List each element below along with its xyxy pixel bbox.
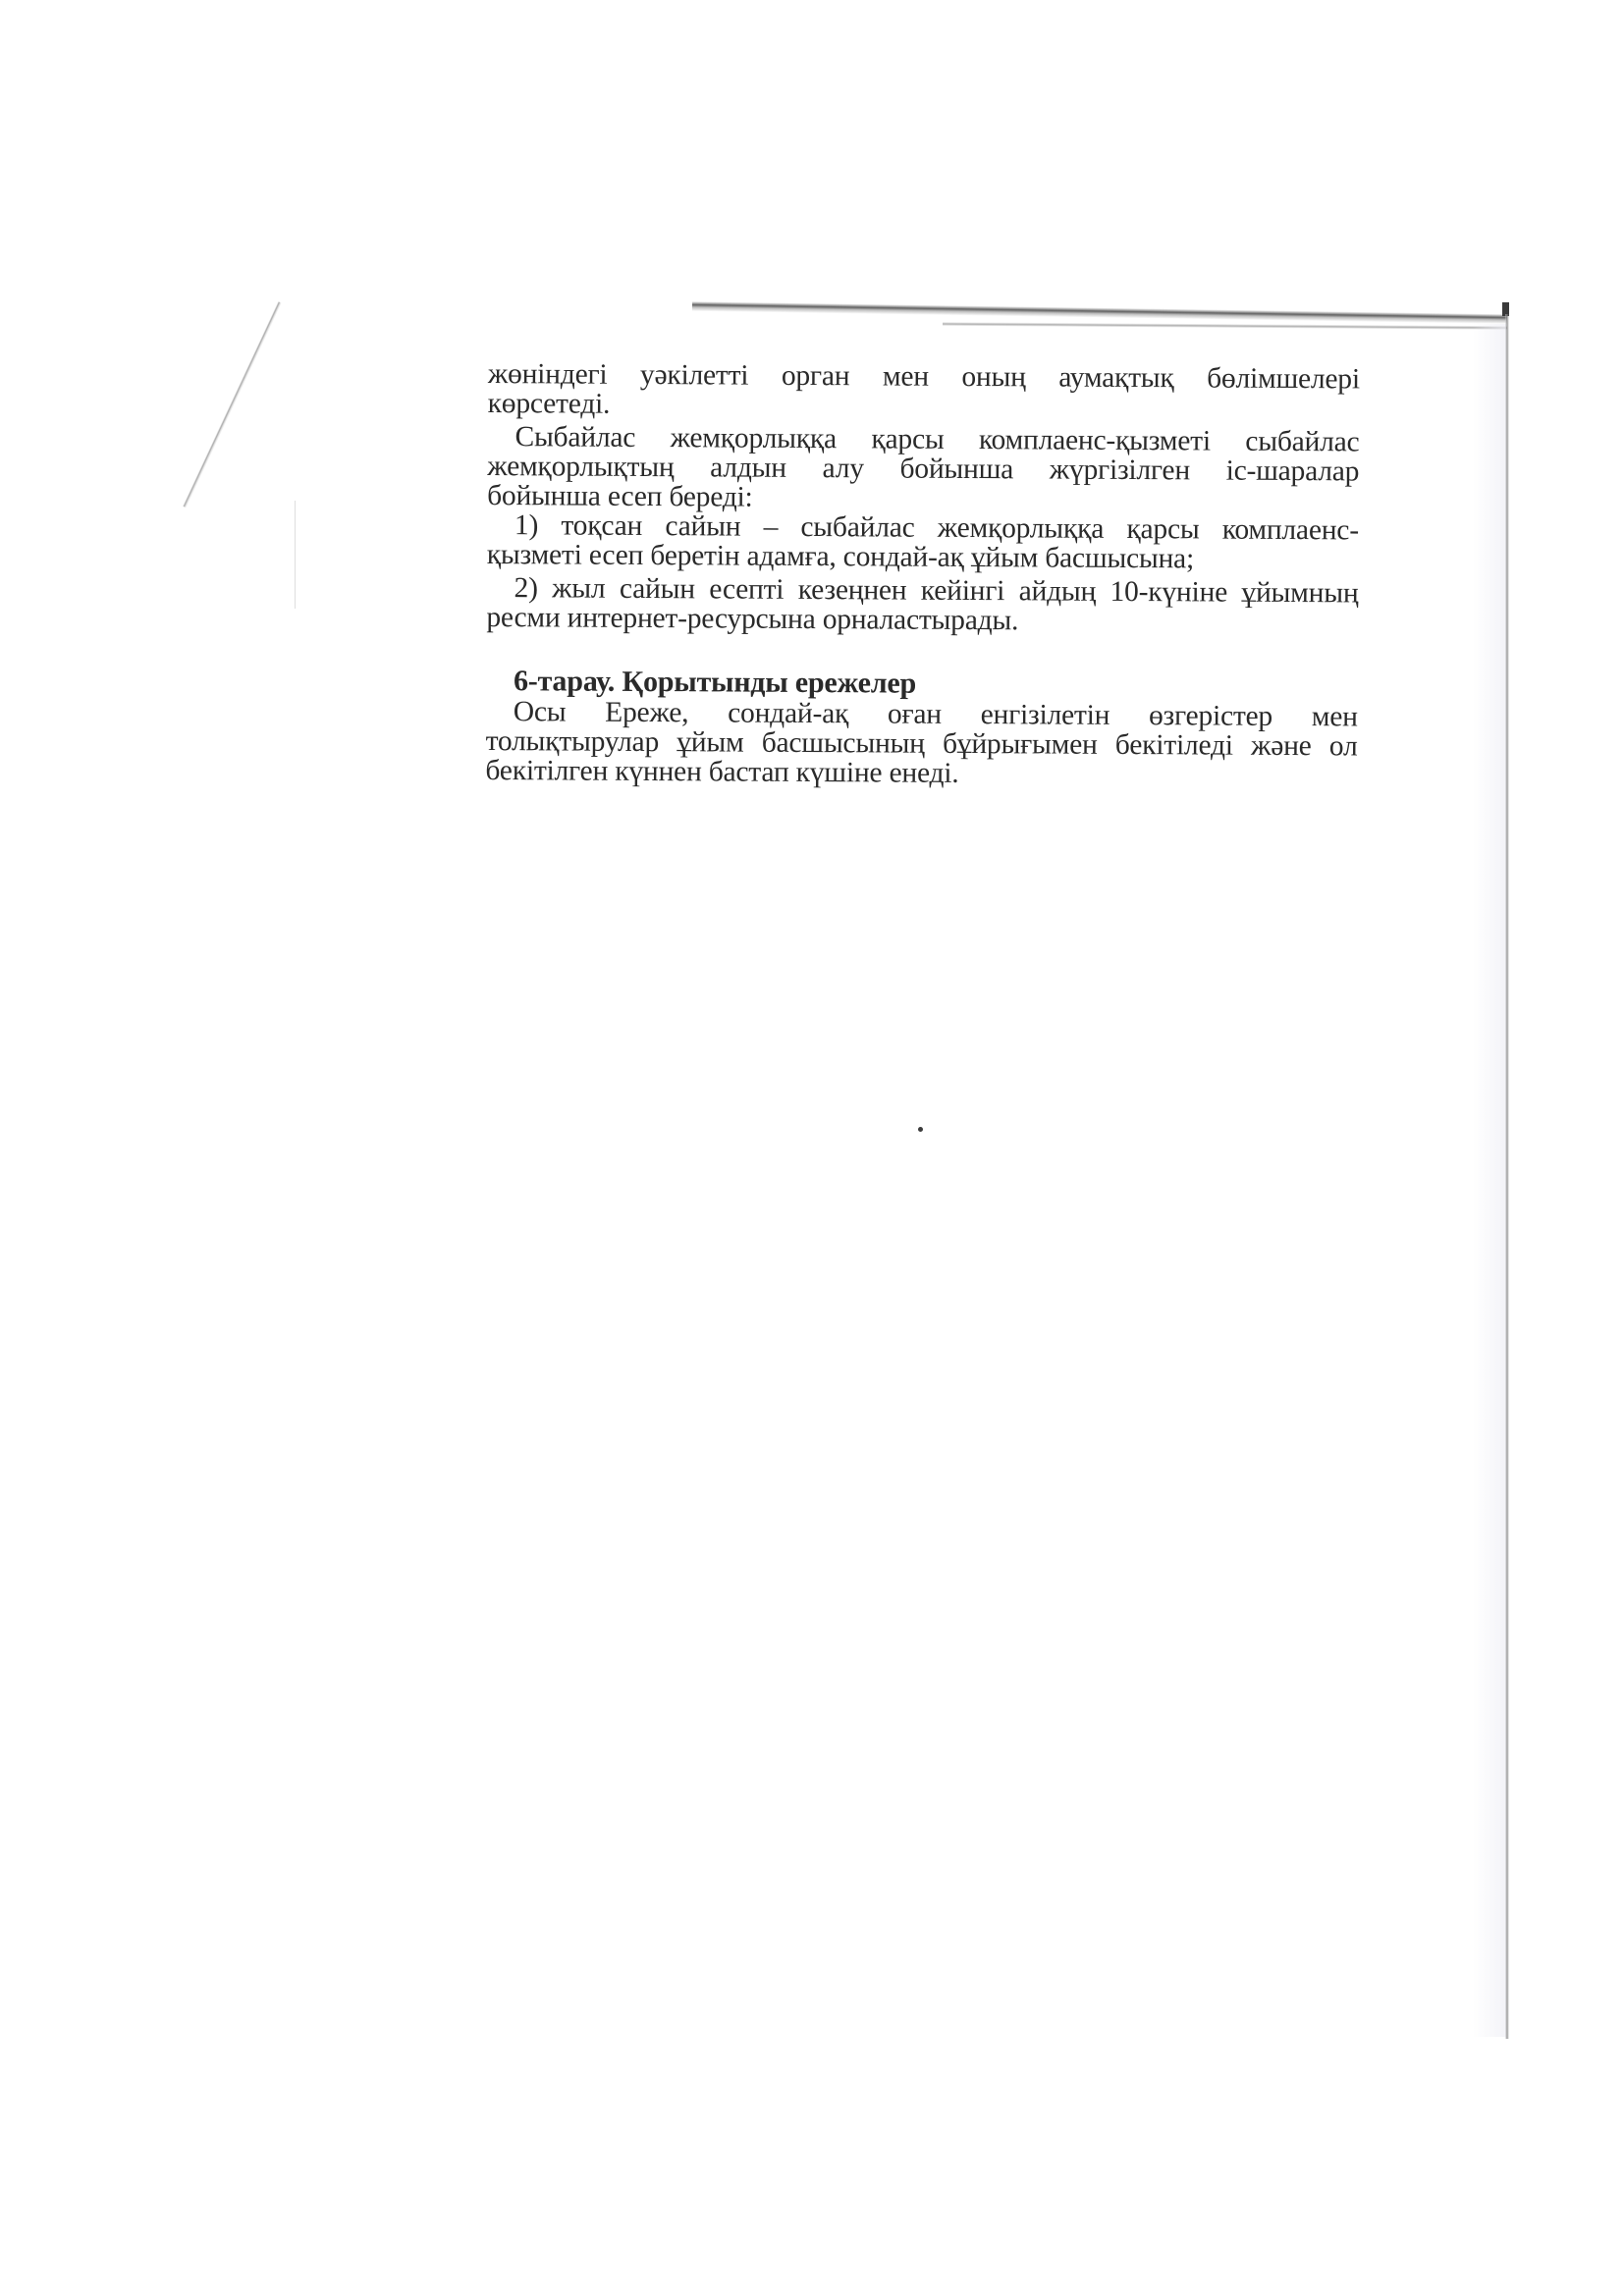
word: сыбайлас [1245,427,1359,457]
word: айдың [1019,576,1097,606]
word: сайын [620,574,695,604]
document-body: жөніндегіуәкілеттіорганменоныңаумақтықбө… [485,359,1360,790]
word: сондай-ақ [728,698,848,728]
word: қарсы [1126,514,1199,544]
list-item-quarterly: 1)тоқсансайын–сыбайласжемқорлыққақарсыко… [487,510,1359,574]
word: аумақтық [1058,363,1173,394]
word: – [764,512,779,542]
word: 10-күніне [1110,577,1227,608]
word: басшысының [762,728,925,759]
word: және [1251,731,1312,761]
scan-right-edge [1505,314,1509,2039]
word: іс-шаралар [1226,456,1360,487]
word: мен [1312,702,1358,731]
scan-speck [918,1127,923,1132]
word: сайын [665,511,740,541]
word: жемқорлыққа [671,423,837,454]
word: 1) [514,510,538,540]
word: оның [961,362,1026,392]
paragraph-intro-continuation: жөніндегіуәкілеттіорганменоныңаумақтықбө… [488,359,1360,423]
word: кейінгі [921,576,1005,607]
word: ұйымның [1241,578,1358,609]
word: орган [782,361,850,391]
word: алу [823,454,864,483]
scan-left-diagonal-edge [183,301,282,507]
scan-top-edge [692,301,1507,324]
word: өзгерістер [1149,701,1272,731]
word: бойынша [899,454,1013,485]
word: комплаенс-қызметі [979,425,1211,455]
word: жыл [552,573,606,603]
word: уәкілетті [640,360,749,391]
word: комплаенс- [1222,515,1359,546]
word: қарсы [871,424,944,454]
word: кезеңнен [798,575,907,606]
word: 2) [514,573,537,603]
word: сыбайлас [800,512,914,543]
list-item-annual: 2)жылсайынесептікезеңненкейінгіайдың10-к… [486,573,1358,637]
word: Сыбайлас [514,422,635,453]
word: ол [1329,731,1358,761]
paragraph-final-provisions: ОсыЕреже,сондай-ақоғаненгізілетінөзгеріс… [485,697,1358,790]
word: тоқсан [561,510,642,541]
scan-left-faint-line [295,501,296,609]
word: Осы [514,697,567,726]
scan-top-edge-inner [943,322,1507,330]
word: оған [888,699,942,728]
word: бекітіледі [1115,730,1233,761]
word: жөніндегі [488,359,608,390]
word: бөлімшелері [1207,363,1360,394]
word: мен [883,361,929,391]
word: жемқорлыққа [938,513,1104,544]
word: ұйым [677,727,743,757]
text-line: ресми интернет-ресурсына орналастырады. [486,603,1358,637]
word: толықтырулар [486,726,660,757]
word: есепті [709,574,784,604]
word: бұйрығымен [943,729,1098,760]
word: енгізілетін [981,700,1110,730]
word: алдын [710,453,786,482]
scan-right-shade [1473,324,1506,2037]
word: Ереже, [605,698,688,728]
word: жемқорлықтың [487,452,674,482]
word: жүргізілген [1050,454,1190,485]
paragraph-reporting: Сыбайласжемқорлыққақарсыкомплаенс-қызмет… [487,422,1360,515]
